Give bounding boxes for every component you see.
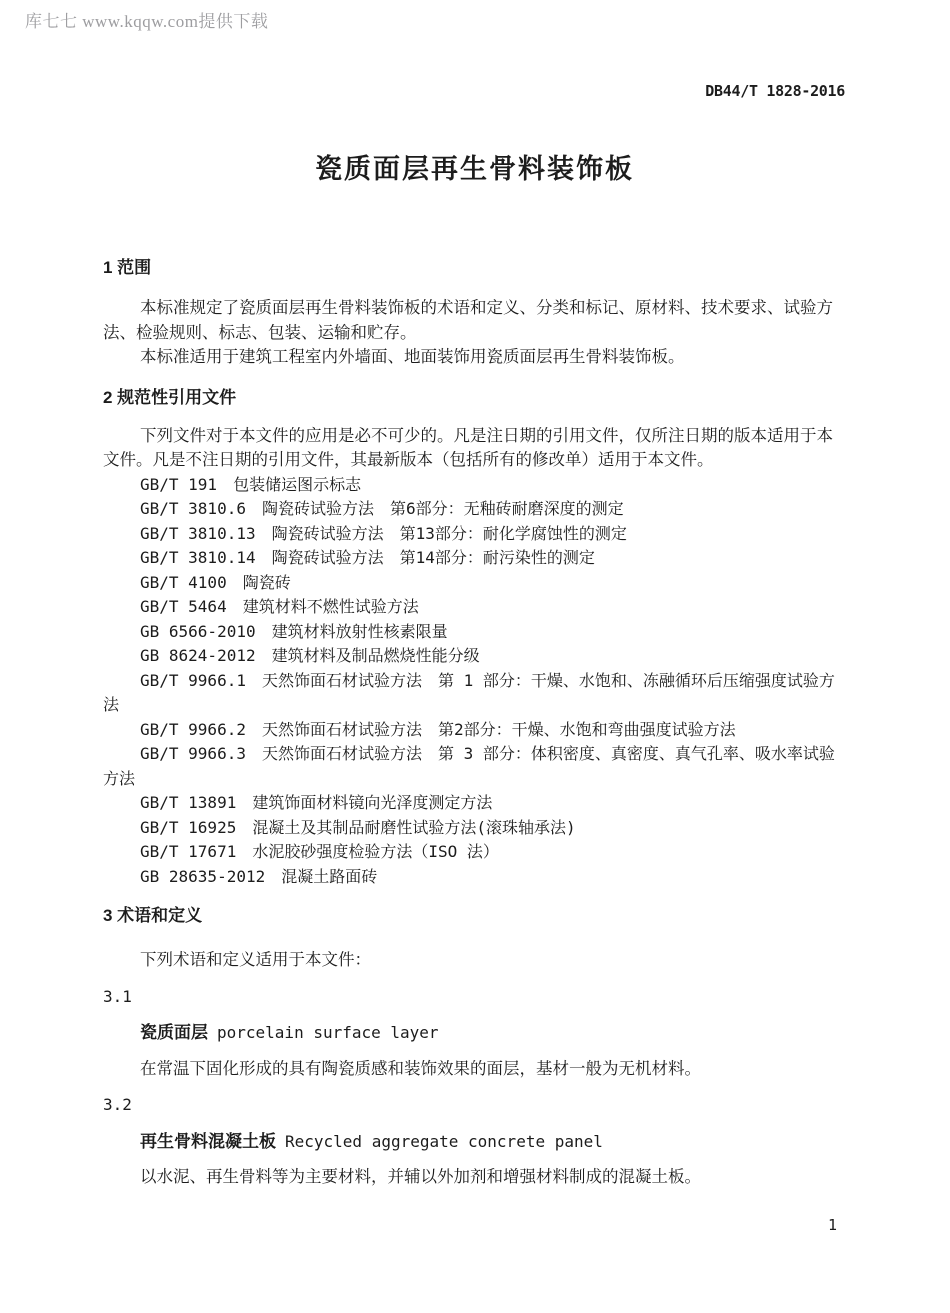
section-2-intro: 下列文件对于本文件的应用是必不可少的。凡是注日期的引用文件，仅所注日期的版本适用… bbox=[103, 424, 846, 473]
term-number: 3.1 bbox=[103, 985, 846, 1010]
term-name-zh: 再生骨料混凝土板 bbox=[140, 1132, 276, 1151]
term-name-en: porcelain surface layer bbox=[217, 1023, 439, 1042]
section-1-heading: 1 范围 bbox=[103, 257, 846, 279]
reference-item: GB/T 13891 建筑饰面材料镜向光泽度测定方法 bbox=[103, 791, 846, 816]
section-1-paragraph-1: 本标准规定了瓷质面层再生骨料装饰板的术语和定义、分类和标记、原材料、技术要求、试… bbox=[103, 296, 846, 345]
reference-item: GB/T 3810.13 陶瓷砖试验方法 第13部分：耐化学腐蚀性的测定 bbox=[103, 522, 846, 547]
term-block-3-2: 3.2 再生骨料混凝土板Recycled aggregate concrete … bbox=[103, 1093, 846, 1190]
term-name-en: Recycled aggregate concrete panel bbox=[285, 1132, 603, 1151]
reference-item: GB/T 17671 水泥胶砂强度检验方法（ISO 法） bbox=[103, 840, 846, 865]
reference-item: GB 8624-2012 建筑材料及制品燃烧性能分级 bbox=[103, 644, 846, 669]
reference-item: GB/T 9966.2 天然饰面石材试验方法 第2部分：干燥、水饱和弯曲强度试验… bbox=[103, 718, 846, 743]
term-title: 再生骨料混凝土板Recycled aggregate concrete pane… bbox=[103, 1130, 846, 1155]
reference-item: GB 6566-2010 建筑材料放射性核素限量 bbox=[103, 620, 846, 645]
term-number: 3.2 bbox=[103, 1093, 846, 1118]
term-definition: 在常温下固化形成的具有陶瓷质感和装饰效果的面层，基材一般为无机材料。 bbox=[103, 1057, 846, 1082]
document-title: 瓷质面层再生骨料装饰板 bbox=[103, 152, 846, 186]
term-name-zh: 瓷质面层 bbox=[140, 1023, 208, 1042]
page-content: 瓷质面层再生骨料装饰板 1 范围 本标准规定了瓷质面层再生骨料装饰板的术语和定义… bbox=[103, 0, 846, 1190]
document-page: 库七七 www.kqqw.com提供下载 DB44/T 1828-2016 瓷质… bbox=[0, 0, 950, 1313]
section-2-heading: 2 规范性引用文件 bbox=[103, 387, 846, 409]
reference-item: GB/T 5464 建筑材料不燃性试验方法 bbox=[103, 595, 846, 620]
reference-item: GB/T 3810.6 陶瓷砖试验方法 第6部分：无釉砖耐磨深度的测定 bbox=[103, 497, 846, 522]
section-3-heading: 3 术语和定义 bbox=[103, 905, 846, 927]
reference-item: GB/T 9966.1 天然饰面石材试验方法 第 1 部分：干燥、水饱和、冻融循… bbox=[103, 669, 846, 718]
term-title: 瓷质面层porcelain surface layer bbox=[103, 1021, 846, 1046]
reference-item: GB/T 4100 陶瓷砖 bbox=[103, 571, 846, 596]
reference-item: GB 28635-2012 混凝土路面砖 bbox=[103, 865, 846, 890]
reference-item: GB/T 16925 混凝土及其制品耐磨性试验方法(滚珠轴承法) bbox=[103, 816, 846, 841]
term-definition: 以水泥、再生骨料等为主要材料，并辅以外加剂和增强材料制成的混凝土板。 bbox=[103, 1165, 846, 1190]
section-3-intro: 下列术语和定义适用于本文件： bbox=[103, 948, 846, 973]
reference-item: GB/T 9966.3 天然饰面石材试验方法 第 3 部分：体积密度、真密度、真… bbox=[103, 742, 846, 791]
page-number: 1 bbox=[828, 1216, 837, 1234]
term-block-3-1: 3.1 瓷质面层porcelain surface layer 在常温下固化形成… bbox=[103, 985, 846, 1082]
reference-item: GB/T 191 包装储运图示标志 bbox=[103, 473, 846, 498]
reference-item: GB/T 3810.14 陶瓷砖试验方法 第14部分：耐污染性的测定 bbox=[103, 546, 846, 571]
section-1-paragraph-2: 本标准适用于建筑工程室内外墙面、地面装饰用瓷质面层再生骨料装饰板。 bbox=[103, 345, 846, 370]
